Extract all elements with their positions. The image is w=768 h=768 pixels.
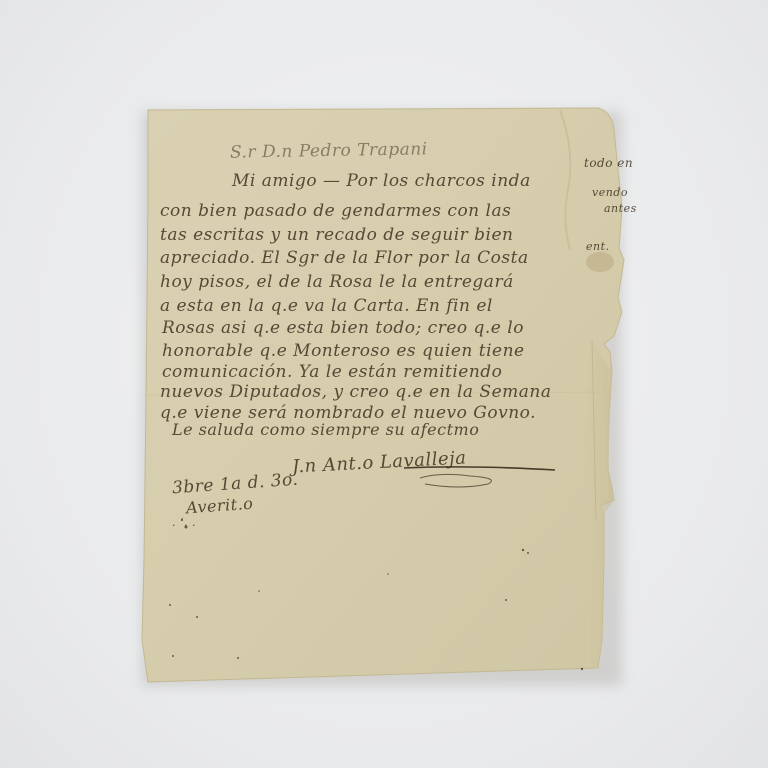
letter-line: apreciado. El Sgr de la Flor por la Cost… [160, 248, 529, 268]
letter-line: con bien pasado de gendarmes con las [160, 201, 511, 221]
letter-line: Mi amigo — Por los charcos inda [232, 171, 531, 191]
margin-note: todo en [584, 156, 633, 170]
letter-line: comunicación. Ya le están remitiendo [162, 362, 502, 382]
letter-line: honorable q.e Monteroso es quien tiene [162, 341, 525, 361]
letter-closing: Le saluda como siempre su afectmo [172, 420, 479, 439]
margin-note: antes [604, 202, 637, 215]
letter-line: Rosas asi q.e esta bien todo; creo q.e l… [162, 318, 524, 338]
letter-paper: S.r D.n Pedro Trapani todo en vendo ante… [0, 0, 768, 768]
letter-salutation: S.r D.n Pedro Trapani [230, 139, 428, 162]
margin-note: vendo [592, 186, 628, 199]
letter-line: a esta en la q.e va la Carta. En fin el [160, 296, 493, 316]
letter-line: hoy pisos, el de la Rosa le la entregará [160, 272, 514, 292]
ink-marks: . ‘. . [172, 516, 196, 529]
margin-note: ent. [586, 240, 610, 253]
letter-line: tas escritas y un recado de seguir bien [160, 225, 514, 245]
letter-line: nuevos Diputados, y creo q.e en la Seman… [160, 382, 551, 402]
